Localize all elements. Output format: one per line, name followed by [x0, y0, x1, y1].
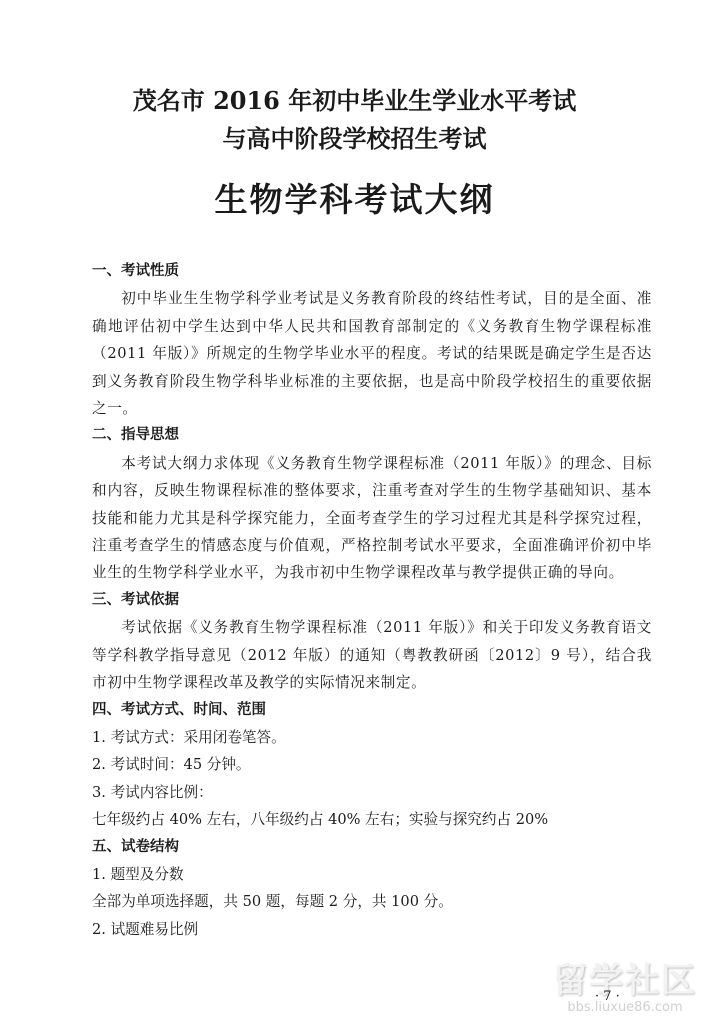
watermark-url: bbs.liuxue86.com	[545, 1000, 705, 1016]
section-heading-nature: 一、考试性质	[92, 258, 652, 285]
section-paragraph-nature: 初中毕业生生物学科学业考试是义务教育阶段的终结性考试，目的是全面、准确地评估初中…	[92, 285, 652, 422]
document-title-line1: 茂名市 2016 年初中毕业生学业水平考试	[0, 86, 709, 116]
list-item-exam-time: 2. 考试时间：45 分钟。	[92, 751, 652, 778]
document-subtitle: 生物学科考试大纲	[0, 180, 709, 220]
section-heading-basis: 三、考试依据	[92, 587, 652, 614]
section-heading-guiding-ideas: 二、指导思想	[92, 422, 652, 449]
question-types-detail: 全部为单项选择题，共 50 题，每题 2 分，共 100 分。	[92, 888, 652, 915]
watermark-main-text: 留学社区	[545, 962, 705, 1000]
document-title-line2: 与高中阶段学校招生考试	[0, 124, 709, 154]
page-number: · 7 ·	[595, 989, 620, 1004]
section-heading-method-time-scope: 四、考试方式、时间、范围	[92, 697, 652, 724]
section-heading-paper-structure: 五、试卷结构	[92, 834, 652, 861]
list-item-difficulty-ratio: 2. 试题难易比例	[92, 916, 652, 943]
list-item-content-ratio: 3. 考试内容比例：	[92, 779, 652, 806]
document-body: 一、考试性质 初中毕业生生物学科学业考试是义务教育阶段的终结性考试，目的是全面、…	[92, 258, 652, 943]
content-ratio-detail: 七年级约占 40% 左右，八年级约占 40% 左右；实验与探究约占 20%	[92, 806, 652, 833]
watermark-logo: 留学社区 bbs.liuxue86.com	[545, 962, 705, 1020]
section-paragraph-basis: 考试依据《义务教育生物学课程标准（2011 年版）》和关于印发义务教育语文等学科…	[92, 614, 652, 696]
list-item-question-types: 1. 题型及分数	[92, 861, 652, 888]
list-item-exam-method: 1. 考试方式：采用闭卷笔答。	[92, 724, 652, 751]
section-paragraph-guiding-ideas: 本考试大纲力求体现《义务教育生物学课程标准（2011 年版）》的理念、目标和内容…	[92, 450, 652, 587]
